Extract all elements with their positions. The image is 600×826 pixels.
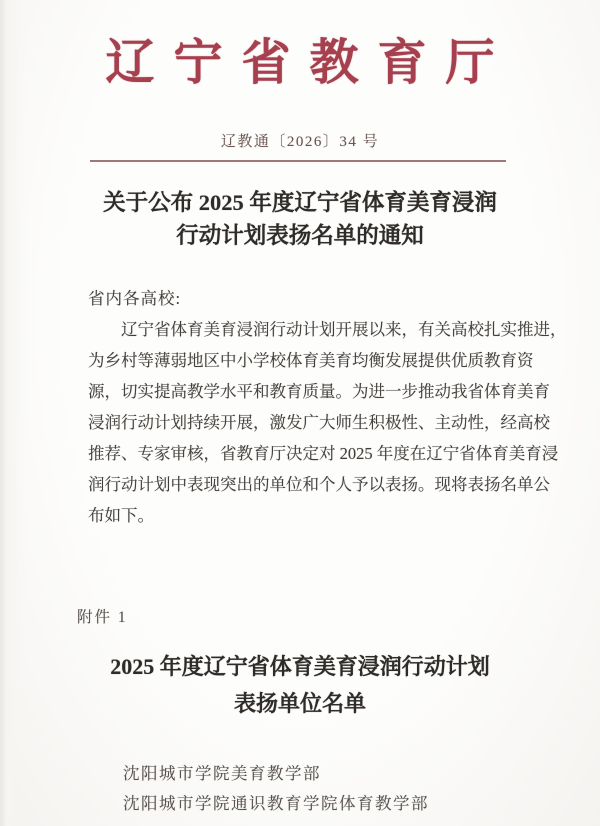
list-item: 沈阳城市学院通识教育学院体育教学部 xyxy=(123,789,429,819)
attachment-title: 2025 年度辽宁省体育美育浸润行动计划 表扬单位名单 xyxy=(0,648,600,722)
letterhead-agency-name: 辽宁省教育厅 xyxy=(0,24,600,94)
body-line: 浸润行动计划持续开展，激发广大师生积极性、主动性，经高校 xyxy=(88,407,512,438)
body-line: 布如下。 xyxy=(88,500,512,531)
notice-body: 省内各高校: 辽宁省体育美育浸润行动计划开展以来，有关高校扎实推进， 为乡村等薄… xyxy=(88,283,512,531)
commended-unit-list: 沈阳城市学院美育教学部 沈阳城市学院通识教育学院体育教学部 xyxy=(123,759,429,819)
body-line: 润行动计划中表现突出的单位和个人予以表扬。现将表扬名单公 xyxy=(88,469,512,500)
attachment-label: 附件 1 xyxy=(77,605,128,627)
document-number: 辽教通〔2026〕34 号 xyxy=(0,130,600,151)
body-line: 为乡村等薄弱地区中小学校体育美育均衡发展提供优质教育资 xyxy=(88,345,512,376)
notice-title-line-2: 行动计划表扬名单的通知 xyxy=(0,219,600,252)
red-divider-line xyxy=(90,160,506,162)
scanned-official-document: 辽宁省教育厅 辽教通〔2026〕34 号 关于公布 2025 年度辽宁省体育美育… xyxy=(0,0,600,826)
notice-title-line-1: 关于公布 2025 年度辽宁省体育美育浸润 xyxy=(0,186,600,219)
body-line: 辽宁省体育美育浸润行动计划开展以来，有关高校扎实推进， xyxy=(88,314,512,345)
body-line: 推荐、专家审核，省教育厅决定对 2025 年度在辽宁省体育美育浸 xyxy=(88,438,512,469)
salutation: 省内各高校: xyxy=(88,283,512,314)
body-line: 源，切实提高教学水平和教育质量。为进一步推动我省体育美育 xyxy=(88,376,512,407)
attachment-title-line-1: 2025 年度辽宁省体育美育浸润行动计划 xyxy=(0,648,600,685)
list-item: 沈阳城市学院美育教学部 xyxy=(123,759,429,789)
notice-title: 关于公布 2025 年度辽宁省体育美育浸润 行动计划表扬名单的通知 xyxy=(0,186,600,252)
attachment-title-line-2: 表扬单位名单 xyxy=(0,685,600,722)
